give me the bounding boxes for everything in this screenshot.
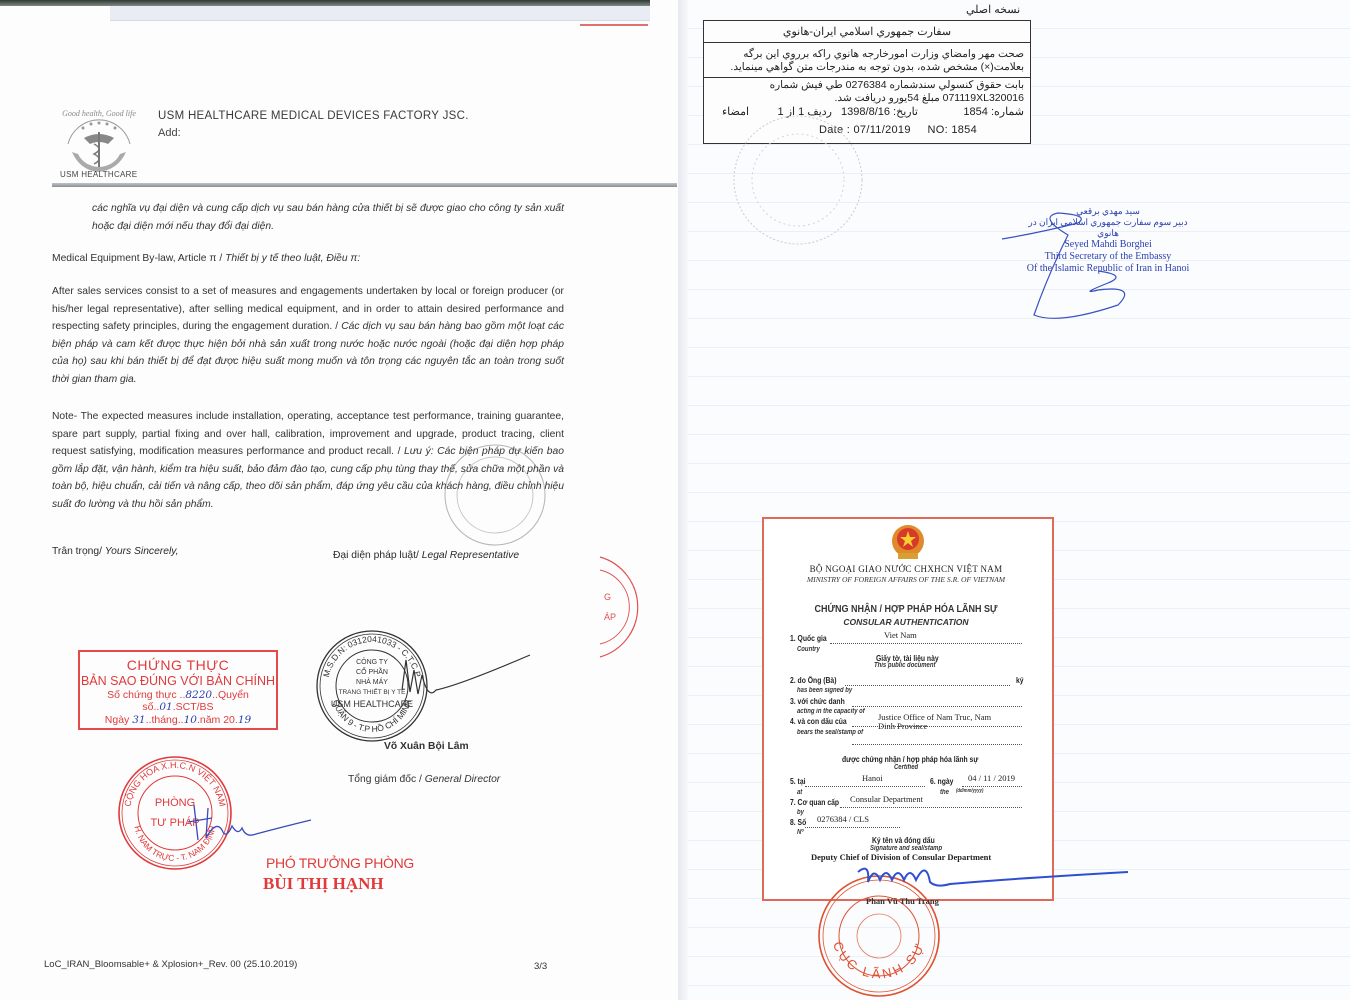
field-6-day: 04 [968, 773, 977, 783]
date-year: 19 [238, 714, 251, 726]
field-6-label: 6. ngày [930, 777, 953, 786]
field-3-label: 3. với chức danh [790, 697, 845, 706]
svg-text:CÔNG TY: CÔNG TY [356, 657, 388, 666]
field-2-suffix: ký [1016, 676, 1024, 685]
ministry-name-vn: BỘ NGOẠI GIAO NƯỚC CHXHCN VIỆT NAM [762, 564, 1050, 574]
embassy-title: سفارت جمهوري اسلامي ايران-هانوي [704, 25, 1030, 38]
certified-label-vn: được chứng nhận / hợp pháp hóa lãnh sự [842, 755, 978, 764]
deputy-signature-icon [186, 800, 316, 850]
legal-representative-label: Đại diện pháp luật/ Legal Representative [333, 550, 519, 561]
authentication-title-en: CONSULAR AUTHENTICATION [762, 617, 1050, 627]
cert-no-label: Số chứng thực [107, 689, 177, 701]
date-label-fa: تاريخ: [893, 106, 918, 118]
field-1-value: Viet Nam [884, 630, 917, 640]
sign-label-en: Signature and seal/stamp [870, 845, 942, 852]
field-6-line [962, 786, 1022, 787]
number-label: شماره: [991, 106, 1024, 118]
company-name: USM HEALTHCARE MEDICAL DEVICES FACTORY J… [158, 110, 469, 122]
certified-label-en: Certified [894, 764, 918, 771]
field-2-line [845, 685, 1010, 686]
signatory-title-en-2: Of the Islamic Republic of Iran in Hanoi [1018, 263, 1198, 275]
page-gutter [678, 0, 688, 1000]
number-value: 1854 [963, 106, 987, 118]
document-label-en: This public document [874, 662, 935, 669]
stamp-subtitle: BẢN SAO ĐÚNG VỚI BẢN CHÍNH [80, 674, 276, 688]
article-heading-vn: Thiết bị y tế theo luật, Điều π: [225, 253, 360, 264]
regards-en: Yours Sincerely, [105, 546, 179, 557]
director-title: Tổng giám đốc / General Director [348, 774, 500, 785]
embassy-number: شماره: 1854 [963, 105, 1024, 118]
svg-text:TRANG THIẾT BỊ Y TẾ: TRANG THIẾT BỊ Y TẾ [339, 686, 407, 696]
deputy-head-title: PHÓ TRƯỞNG PHÒNG [266, 855, 414, 871]
signatory-name-fa: سيد مهدي برقعي [1018, 206, 1198, 217]
field-4-value-2: Dinh Province [878, 721, 927, 731]
field-1-sub: Country [797, 646, 820, 653]
legal-rep-vn: Đại diện pháp luật/ [333, 550, 422, 561]
embassy-line-2: بعلامت(×) مشخص شده، بدون توجه به مندرجات… [724, 61, 1024, 74]
field-7-label: 7. Cơ quan cấp [790, 798, 839, 807]
certified-copy-stamp: CHỨNG THỰC BẢN SAO ĐÚNG VỚI BẢN CHÍNH Số… [78, 650, 278, 730]
embassy-rule-2 [704, 77, 1030, 78]
field-4-line-2 [852, 744, 1022, 745]
book-suffix: SCT/BS [176, 701, 214, 713]
legal-rep-en: Legal Representative [422, 550, 519, 561]
usm-healthcare-logo-icon: Good health, Good life [58, 104, 140, 180]
deputy-head-name: BÙI THỊ HẠNH [263, 874, 384, 894]
signer-name: Phan Vũ Thu Trang [866, 896, 939, 906]
embassy-signatory: سيد مهدي برقعي دبير سوم سفارت جمهوري اسل… [1018, 206, 1198, 275]
field-6-format: (dd/mm/yyyy) [956, 788, 983, 794]
field-7-value: Consular Department [850, 794, 923, 804]
director-name: Võ Xuân Bội Lâm [384, 741, 469, 752]
year-label: năm 20 [200, 714, 235, 726]
stamp-cert-number: Số chứng thực ..8220..Quyển số..01.SCT/B… [80, 689, 276, 713]
page-number: 3/3 [534, 961, 547, 972]
vietnam-emblem-icon [888, 523, 928, 563]
field-6-month: 11 [983, 773, 991, 783]
field-5-label: 5. tại [790, 777, 805, 786]
article-heading: Medical Equipment By-law, Article π / Th… [52, 250, 567, 268]
field-5-value: Hanoi [862, 773, 883, 783]
signatory-title-en-1: Third Secretary of the Embassy [1018, 251, 1198, 263]
embassy-line-3: بابت حقوق كنسولي سندشماره 0276384 طي فيش… [724, 79, 1024, 92]
svg-text:G: G [604, 592, 611, 602]
field-3-line [852, 706, 1022, 707]
field-8-sub: Nº [797, 829, 803, 836]
scan-edge-shadow [110, 6, 650, 21]
month-label: tháng [151, 714, 177, 726]
cert-no: 8220 [185, 689, 212, 701]
stamp-date: Ngày 31..tháng..10.năm 20.19 [80, 714, 276, 726]
svg-text:CỤC LÃNH SỰ: CỤC LÃNH SỰ [830, 939, 928, 981]
field-4-label: 4. và con dấu của [790, 717, 847, 726]
field-5-line [805, 786, 925, 787]
field-4-sub: bears the seal/stamp of [797, 729, 863, 736]
embassy-line-1: صحت مهر وامضاي وزارت امورخارجه هانوي راك… [724, 48, 1024, 61]
book-no: 01 [159, 701, 172, 713]
field-8-value: 0276384 / CLS [817, 814, 869, 824]
field-8-suffix: CLS [853, 814, 869, 824]
no-en: NO: 1854 [928, 124, 977, 136]
original-copy-label: نسخه اصلي [966, 3, 1020, 16]
date-month: 10 [184, 714, 197, 726]
director-title-vn: Tổng giám đốc / [348, 774, 425, 785]
svg-text:ÁP: ÁP [604, 612, 616, 622]
field-8-line [805, 827, 900, 828]
partial-seal-icon: G ÁP [596, 552, 656, 662]
field-2-sub: has been signed by [797, 687, 852, 694]
header-rule [52, 183, 677, 187]
field-7-sub: by [797, 809, 804, 816]
field-1-line [830, 643, 1022, 644]
logo-caption: USM HEALTHCARE [60, 170, 137, 179]
signatory-name-en: Seyed Mahdi Borghei [1018, 239, 1198, 251]
definition-paragraph: After sales services consist to a set of… [52, 283, 564, 388]
embassy-rule [704, 42, 1030, 43]
date-day: 31 [132, 714, 145, 726]
paragraph-continuation: các nghĩa vụ đại diện và cung cấp dịch v… [92, 200, 564, 235]
svg-text:NHÀ MÁY: NHÀ MÁY [356, 677, 388, 686]
embassy-line-4: 071119XL320016 مبلغ 54يورو دريافت شد. [724, 92, 1024, 105]
date-label: Ngày [105, 714, 130, 726]
field-6-year: 2019 [998, 773, 1015, 783]
field-6-value: 04 / 11 / 2019 [968, 773, 1015, 783]
field-5-sub: at [797, 789, 802, 796]
svg-text:Good health, Good life: Good health, Good life [62, 109, 136, 118]
ministry-name-en: MINISTRY OF FOREIGN AFFAIRS OF THE S.R. … [762, 575, 1050, 584]
article-heading-en: Medical Equipment By-law, Article π / [52, 253, 225, 264]
field-2-label: 2. do Ông (Bà) [790, 676, 836, 685]
field-6-sub: the [940, 789, 949, 796]
address-label: Add: [158, 127, 181, 139]
regards-vn: Trân trọng/ [52, 546, 105, 557]
sign-label-vn: Ký tên và đóng dấu [872, 836, 935, 845]
field-8-number: 0276384 [817, 814, 847, 824]
authentication-title: CHỨNG NHẬN / HỢP PHÁP HÓA LÃNH SỰ [776, 604, 1035, 615]
field-1-label: 1. Quốc gia [790, 634, 827, 643]
director-title-en: General Director [425, 774, 501, 785]
red-mark [580, 24, 648, 26]
faint-embassy-seal-icon [728, 110, 868, 250]
document-reference: LoC_IRAN_Bloomsable+ & Xplosion+_Rev. 00… [44, 959, 297, 970]
field-3-sub: acting in the capacity of [797, 708, 865, 715]
svg-text:CỔ PHẦN: CỔ PHẦN [356, 666, 388, 676]
closing-regards: Trân trọng/ Yours Sincerely, [52, 546, 178, 557]
field-7-line [840, 807, 1022, 808]
stamp-title: CHỨNG THỰC [80, 657, 276, 673]
field-8-label: 8. Số [790, 818, 806, 827]
director-signature-icon [400, 650, 540, 710]
signatory-title-fa: دبير سوم سفارت جمهوري اسلامي ايران در ها… [1018, 217, 1198, 239]
faint-company-seal-icon [440, 440, 550, 550]
